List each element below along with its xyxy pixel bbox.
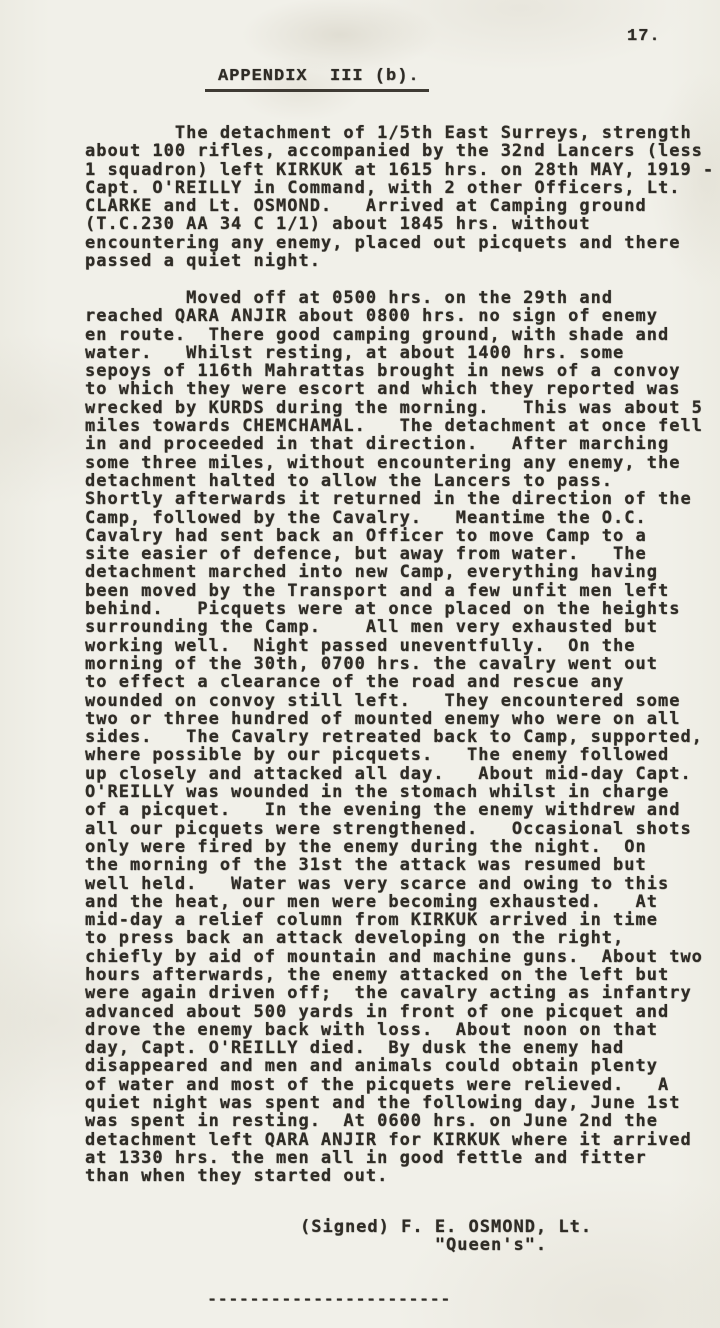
page-number: 17. (627, 28, 661, 46)
paragraph-first: The detachment of 1/5th East Surreys, st… (85, 124, 714, 270)
appendix-title: APPENDIX III (b). (205, 68, 429, 92)
document-page: 17. APPENDIX III (b). The detachment of … (0, 0, 720, 1328)
paragraph-second: Moved off at 0500 hrs. on the 29th and r… (85, 289, 703, 1186)
dashed-separator: ----------------------- (207, 1292, 451, 1310)
signature-block: (Signed) F. E. OSMOND, Lt. "Queen's". (300, 1218, 592, 1255)
